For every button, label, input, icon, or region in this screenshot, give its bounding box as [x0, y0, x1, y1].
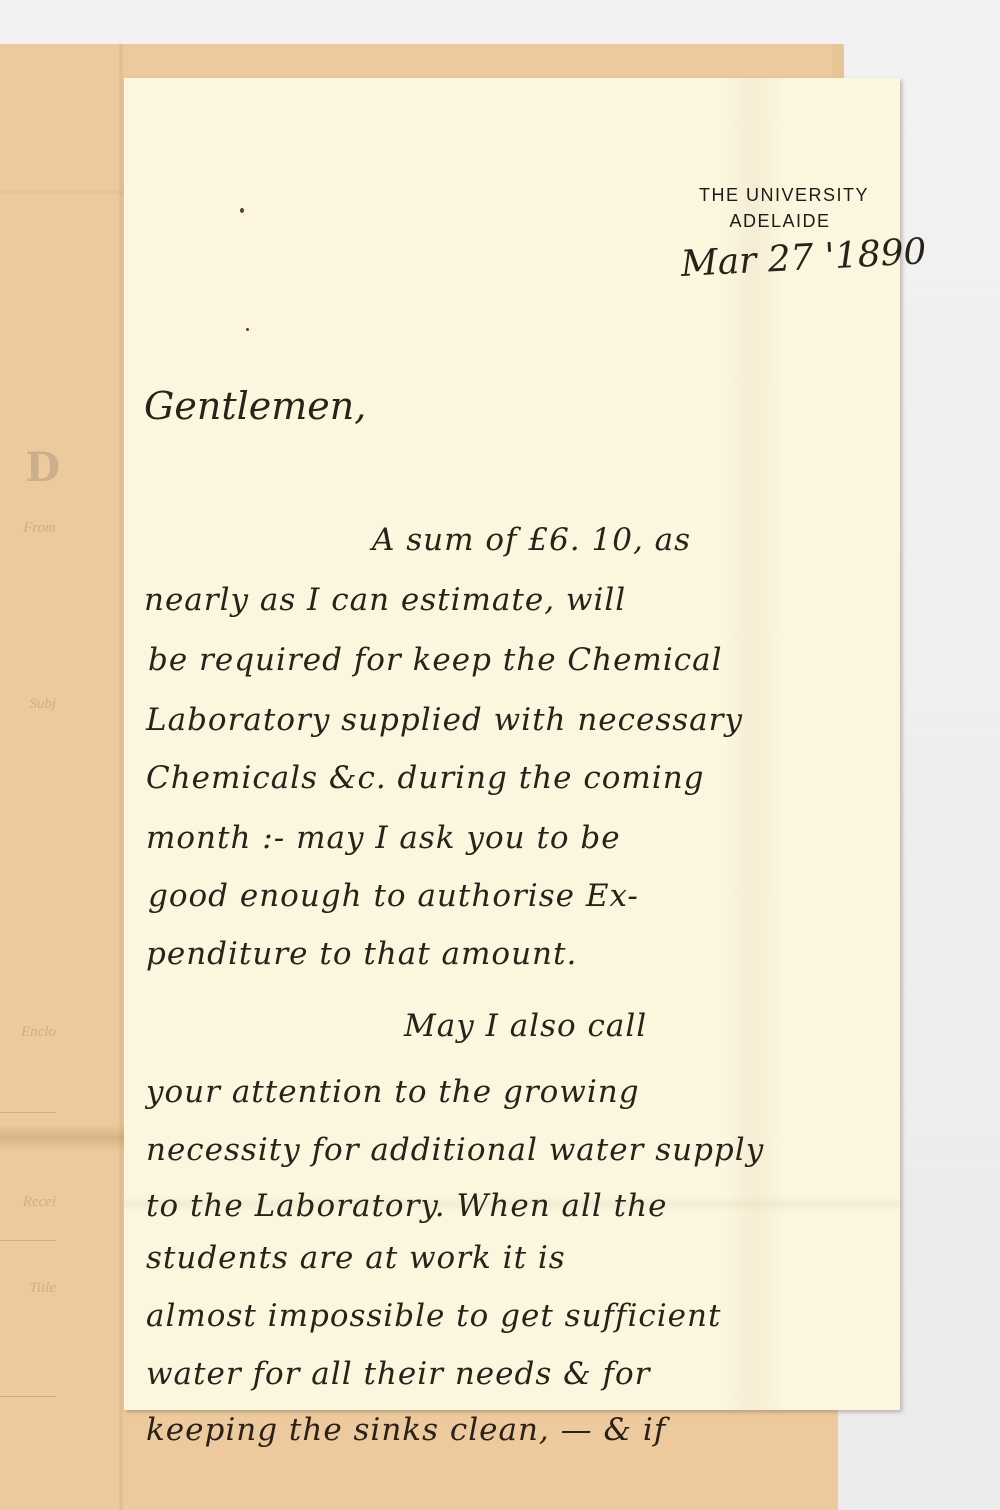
faint-enclosure-label: Enclo [0, 1024, 56, 1041]
body-line: necessity for additional water supply [146, 1132, 764, 1168]
body-line: nearly as I can estimate, will [144, 582, 626, 618]
faint-from-label: From [0, 520, 56, 537]
body-line: your attention to the growing [146, 1074, 640, 1110]
ink-speck [246, 328, 249, 331]
body-line: water for all their needs & for [146, 1356, 651, 1392]
body-line: almost impossible to get sufficient [146, 1298, 721, 1334]
faint-title-label: Title [0, 1280, 56, 1297]
letterhead-university: THE UNIVERSITY [654, 182, 914, 208]
body-line: month :- may I ask you to be [146, 820, 621, 856]
body-line: be required for keep the Chemical [148, 642, 723, 678]
body-line: May I also call [404, 1008, 647, 1044]
letterhead-city: ADELAIDE [646, 208, 914, 234]
body-line: Chemicals &c. during the coming [146, 760, 705, 796]
letterhead: THE UNIVERSITY ADELAIDE [654, 182, 914, 234]
letter-page: THE UNIVERSITY ADELAIDE Mar 27 '1890 Gen… [124, 78, 900, 1410]
faint-initial: D [0, 444, 60, 491]
sheet-tab [832, 44, 844, 78]
fold-crease [0, 1124, 124, 1152]
faint-rule [0, 1112, 56, 1113]
body-line: keeping the sinks clean, — & if [146, 1412, 666, 1448]
faint-rule [0, 1240, 56, 1241]
faint-received-label: Recei [0, 1194, 56, 1211]
body-line: penditure to that amount. [146, 936, 577, 972]
body-line: Laboratory supplied with necessary [146, 702, 743, 738]
body-line: A sum of £6. 10, as [372, 522, 691, 558]
faint-subject-label: Subj [0, 696, 56, 713]
ink-speck [240, 208, 244, 213]
letter-date: Mar 27 '1890 [680, 231, 928, 285]
faint-rule [0, 1396, 56, 1397]
body-line: students are at work it is [146, 1240, 566, 1276]
salutation: Gentlemen, [144, 384, 366, 428]
body-line: to the Laboratory. When all the [146, 1188, 667, 1224]
body-line: good enough to authorise Ex- [148, 878, 639, 914]
